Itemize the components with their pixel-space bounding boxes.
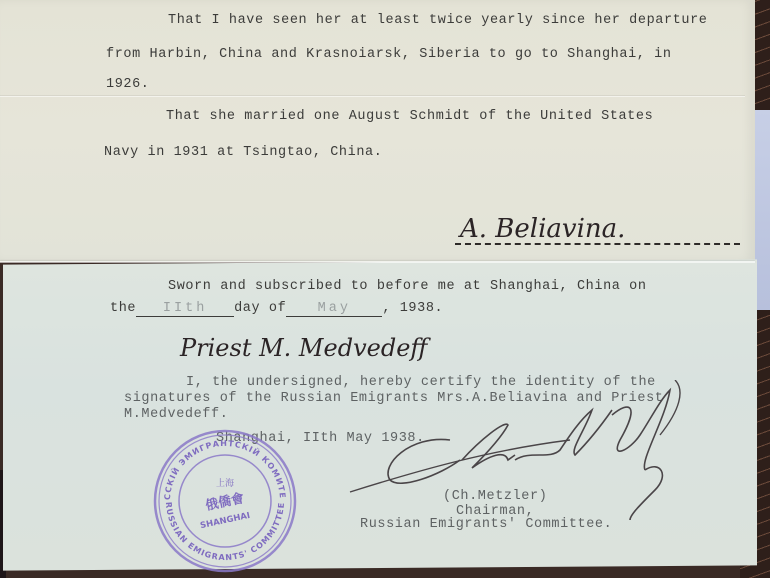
document-upper-panel [0, 0, 755, 262]
certification-line-3: M.Medvedeff. [124, 408, 228, 422]
witness-signature: Priest M. Medvedeff [180, 334, 427, 362]
stamp-text-bottom: RUSSIAN EMIGRANTS' COMMITTEE [164, 502, 286, 563]
svg-text:RUSSIAN EMIGRANTS' COMMITTEE: RUSSIAN EMIGRANTS' COMMITTEE [164, 502, 286, 563]
signature-line [455, 243, 740, 245]
paragraph-2-line-2: Navy in 1931 at Tsingtao, China. [104, 146, 382, 160]
jurat-line-2: theIIthday ofMay, 1938. [110, 302, 443, 317]
deponent-signature: A. Beliavina. [460, 214, 625, 244]
signatory-name: (Ch.Metzler) [443, 490, 547, 504]
paragraph-1-line-3: 1926. [106, 78, 150, 92]
paragraph-1-line-1: That I have seen her at least twice year… [168, 14, 707, 28]
stamp-text-top: РУССКІЙ ЭМИГРАНТСКІЙ КОМИТЕТЪ [152, 428, 287, 500]
signatory-organization: Russian Emigrants' Committee. [360, 518, 612, 532]
svg-text:РУССКІЙ ЭМИГРАНТСКІЙ КОМИТЕТЪ: РУССКІЙ ЭМИГРАНТСКІЙ КОМИТЕТЪ [152, 428, 287, 500]
day-field: IIth [136, 302, 234, 317]
paper-fold [0, 261, 755, 263]
jurat-day-of-label: day of [234, 301, 286, 316]
paragraph-2-line-1: That she married one August Schmidt of t… [166, 110, 653, 124]
paper-crease [0, 96, 745, 97]
jurat-the-label: the [110, 301, 136, 316]
month-field: May [286, 302, 382, 317]
stamp-chinese-main: 俄僑會 [204, 490, 245, 514]
stamp-chinese-top: 上海 [216, 477, 234, 489]
jurat-line-1: Sworn and subscribed to before me at Sha… [168, 280, 647, 294]
paragraph-1-line-2: from Harbin, China and Krasnoiarsk, Sibe… [106, 48, 672, 62]
committee-stamp: РУССКІЙ ЭМИГРАНТСКІЙ КОМИТЕТЪ RUSSIAN EM… [152, 428, 298, 574]
jurat-year: , 1938. [382, 301, 443, 316]
